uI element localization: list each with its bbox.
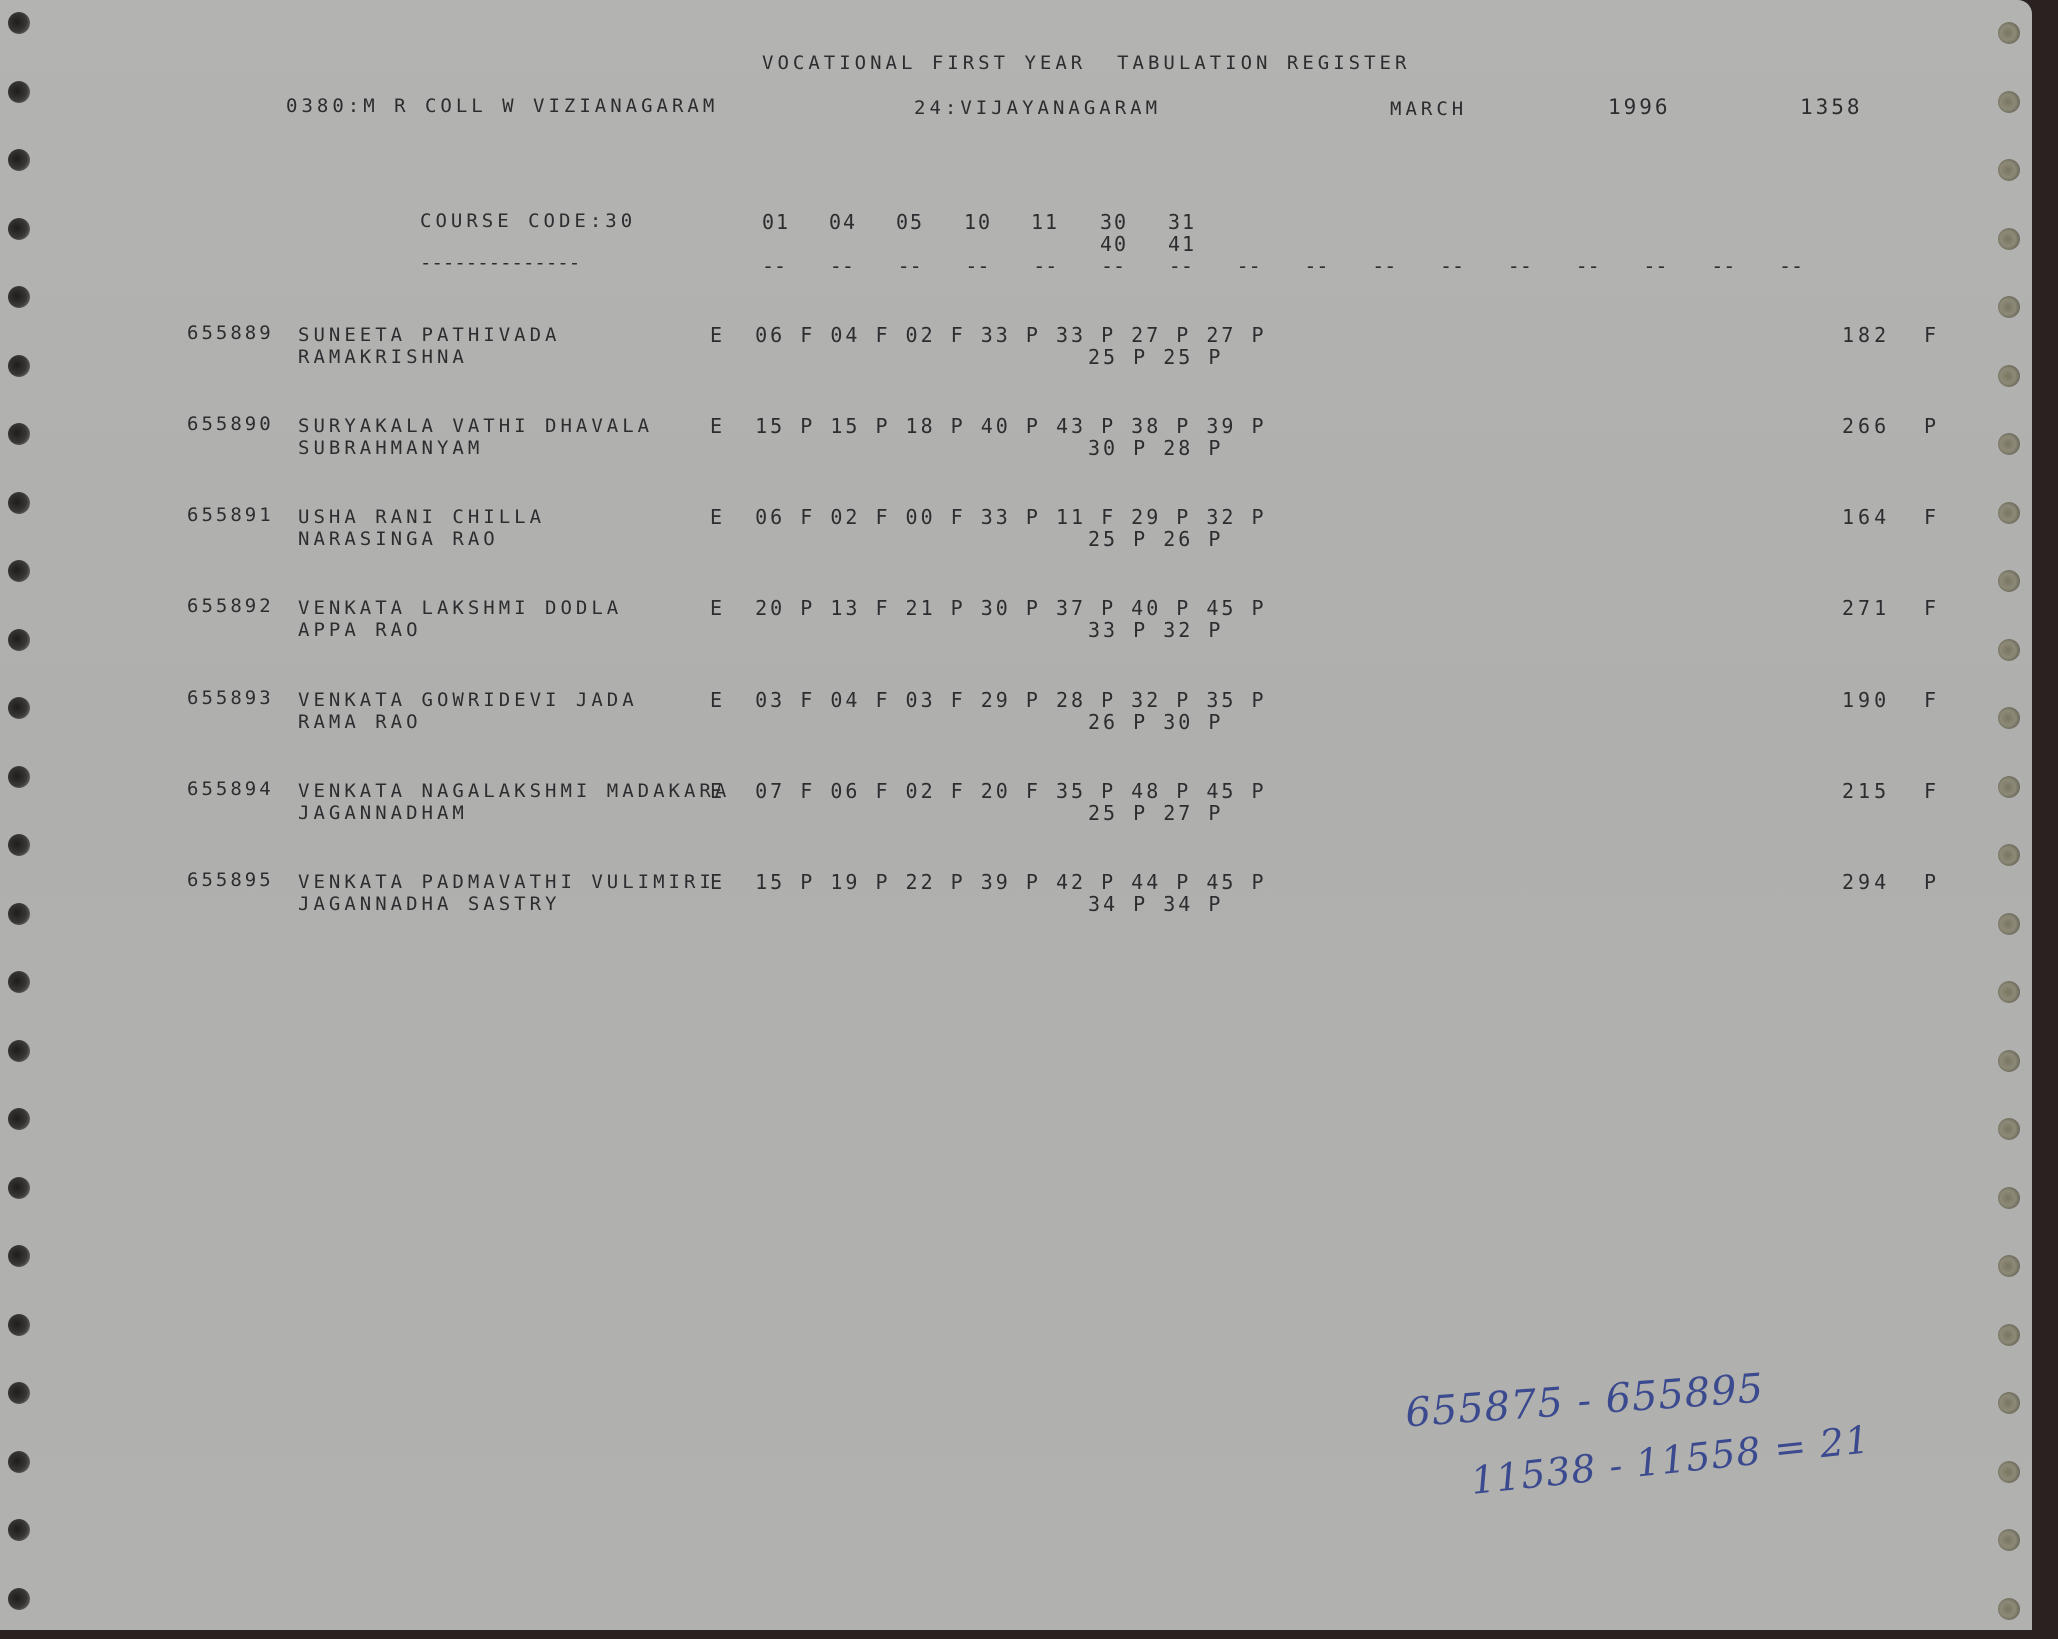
sprocket-hole-icon	[8, 1314, 30, 1336]
column-separator-dash: --	[762, 254, 786, 278]
student-record: 655890 SURYAKALA VATHI DHAVALA SUBRAHMAN…	[0, 413, 2032, 473]
marks-line-1: E 06 F 02 F 00 F 33 P 11 F 29 P 32 P	[710, 506, 1267, 528]
subject-marks: 07 F 06 F 02 F 20 F 35 P 48 P 45 P	[755, 779, 1266, 803]
page-number: 1358	[1800, 96, 1863, 118]
sprocket-hole-icon	[1998, 228, 2020, 250]
column-separator-dash: --	[1508, 254, 1532, 278]
sprocket-hole-icon	[8, 1519, 30, 1541]
medium: E	[710, 323, 725, 347]
total-marks: 266	[1842, 415, 1890, 437]
roll-number: 655894	[187, 778, 274, 800]
roll-number: 655891	[187, 504, 274, 526]
total-marks: 271	[1842, 597, 1890, 619]
total-marks: 164	[1842, 506, 1890, 528]
column-separator-dash: --	[1643, 254, 1667, 278]
sprocket-hole-icon	[1998, 1461, 2020, 1483]
sprocket-hole-icon	[1998, 159, 2020, 181]
roll-number: 655889	[187, 322, 274, 344]
student-name: VENKATA GOWRIDEVI JADA	[298, 689, 638, 711]
column-separator-dash: --	[1711, 254, 1735, 278]
result-status: F	[1924, 597, 1940, 619]
sprocket-hole-icon	[1998, 22, 2020, 44]
student-name: VENKATA PADMAVATHI VULIMIRI	[298, 871, 715, 893]
total-marks: 182	[1842, 324, 1890, 346]
sprocket-hole-icon	[1998, 1324, 2020, 1346]
parent-name: JAGANNADHA SASTRY	[298, 893, 560, 915]
student-record: 655894 VENKATA NAGALAKSHMI MADAKARA JAGA…	[0, 778, 2032, 838]
sprocket-hole-icon	[1998, 1187, 2020, 1209]
marks-line-1: E 06 F 04 F 02 F 33 P 33 P 27 P 27 P	[710, 324, 1267, 346]
parent-name: APPA RAO	[298, 619, 422, 641]
sprocket-hole-icon	[8, 149, 30, 171]
parent-name: RAMA RAO	[298, 711, 422, 733]
medium: E	[710, 688, 725, 712]
column-separator-dash: --	[965, 254, 989, 278]
sprocket-hole-icon	[1998, 1392, 2020, 1414]
subject-code-header: 10	[964, 210, 992, 234]
column-separator-dash: --	[1779, 254, 1803, 278]
marks-line-2: 25 P 26 P	[1088, 528, 1223, 550]
marks-line-1: E 15 P 19 P 22 P 39 P 42 P 44 P 45 P	[710, 871, 1267, 893]
sprocket-hole-icon	[8, 1177, 30, 1199]
roll-number: 655892	[187, 595, 274, 617]
sprocket-hole-icon	[8, 218, 30, 240]
exam-month: MARCH	[1390, 98, 1467, 120]
column-separator-dash: --	[1237, 254, 1261, 278]
medium: E	[710, 414, 725, 438]
sprocket-hole-icon	[8, 1040, 30, 1062]
student-name: USHA RANI CHILLA	[298, 506, 545, 528]
total-marks: 294	[1842, 871, 1890, 893]
register-title: VOCATIONAL FIRST YEAR TABULATION REGISTE…	[762, 52, 1410, 74]
parent-name: JAGANNADHAM	[298, 802, 468, 824]
medium: E	[710, 596, 725, 620]
exam-year: 1996	[1608, 96, 1671, 118]
sprocket-hole-icon	[8, 1451, 30, 1473]
student-record: 655891 USHA RANI CHILLA NARASINGA RAO E …	[0, 504, 2032, 564]
subject-code-header: 30	[1100, 210, 1128, 234]
student-name: SUNEETA PATHIVADA	[298, 324, 560, 346]
subject-code-header: 04	[829, 210, 857, 234]
subject-code-header: 31	[1168, 210, 1196, 234]
column-separator-dash: --	[1304, 254, 1328, 278]
student-name: VENKATA NAGALAKSHMI MADAKARA	[298, 780, 730, 802]
marks-line-2: 25 P 27 P	[1088, 802, 1223, 824]
sprocket-hole-icon	[8, 12, 30, 34]
sprocket-hole-icon	[1998, 981, 2020, 1003]
student-name: VENKATA LAKSHMI DODLA	[298, 597, 622, 619]
student-record: 655895 VENKATA PADMAVATHI VULIMIRI JAGAN…	[0, 869, 2032, 929]
course-code-underline: --------------	[420, 252, 580, 274]
subject-marks: 15 P 15 P 18 P 40 P 43 P 38 P 39 P	[755, 414, 1266, 438]
subject-marks: 06 F 02 F 00 F 33 P 11 F 29 P 32 P	[755, 505, 1266, 529]
subject-code-header-secondary: 40	[1100, 232, 1128, 256]
sprocket-hole-icon	[1998, 296, 2020, 318]
sprocket-hole-icon	[8, 1108, 30, 1130]
subject-marks: 06 F 04 F 02 F 33 P 33 P 27 P 27 P	[755, 323, 1266, 347]
parent-name: SUBRAHMANYAM	[298, 437, 483, 459]
sprocket-hole-icon	[1998, 844, 2020, 866]
sprocket-hole-icon	[1998, 1050, 2020, 1072]
college-name: 0380:M R COLL W VIZIANAGARAM	[286, 95, 718, 117]
result-status: P	[1924, 871, 1940, 893]
subject-code-header: 11	[1031, 210, 1059, 234]
marks-line-2: 30 P 28 P	[1088, 437, 1223, 459]
column-separator-dash: --	[898, 254, 922, 278]
course-code: COURSE CODE:30	[420, 210, 636, 232]
roll-number: 655895	[187, 869, 274, 891]
printout-page: VOCATIONAL FIRST YEAR TABULATION REGISTE…	[0, 0, 2032, 1630]
sprocket-hole-icon	[1998, 1118, 2020, 1140]
marks-line-1: E 15 P 15 P 18 P 40 P 43 P 38 P 39 P	[710, 415, 1267, 437]
column-separator-dash: --	[1101, 254, 1125, 278]
total-marks: 215	[1842, 780, 1890, 802]
student-name: SURYAKALA VATHI DHAVALA	[298, 415, 653, 437]
marks-line-2: 34 P 34 P	[1088, 893, 1223, 915]
handwritten-count-note: 11538 - 11558 = 21	[1469, 1417, 1873, 1503]
subject-code-header: 01	[762, 210, 790, 234]
medium: E	[710, 870, 725, 894]
sprocket-hole-icon	[8, 1245, 30, 1267]
sprocket-hole-icon	[8, 81, 30, 103]
subject-code-header-secondary: 41	[1168, 232, 1196, 256]
result-status: P	[1924, 415, 1940, 437]
result-status: F	[1924, 689, 1940, 711]
result-status: F	[1924, 780, 1940, 802]
handwritten-roll-range: 655875 - 655895	[1404, 1366, 1766, 1437]
sprocket-hole-icon	[8, 286, 30, 308]
medium: E	[710, 505, 725, 529]
student-record: 655893 VENKATA GOWRIDEVI JADA RAMA RAO E…	[0, 687, 2032, 747]
column-separator-dash: --	[1440, 254, 1464, 278]
district-name: 24:VIJAYANAGARAM	[914, 97, 1161, 119]
subject-marks: 20 P 13 F 21 P 30 P 37 P 40 P 45 P	[755, 596, 1266, 620]
total-marks: 190	[1842, 689, 1890, 711]
column-separator-dash: --	[1576, 254, 1600, 278]
column-separator-dash: --	[1372, 254, 1396, 278]
marks-line-2: 26 P 30 P	[1088, 711, 1223, 733]
roll-number: 655890	[187, 413, 274, 435]
subject-code-header: 05	[896, 210, 924, 234]
subject-marks: 03 F 04 F 03 F 29 P 28 P 32 P 35 P	[755, 688, 1266, 712]
parent-name: RAMAKRISHNA	[298, 346, 468, 368]
marks-line-1: E 07 F 06 F 02 F 20 F 35 P 48 P 45 P	[710, 780, 1267, 802]
marks-line-1: E 20 P 13 F 21 P 30 P 37 P 40 P 45 P	[710, 597, 1267, 619]
result-status: F	[1924, 506, 1940, 528]
student-record: 655892 VENKATA LAKSHMI DODLA APPA RAO E …	[0, 595, 2032, 655]
marks-line-2: 25 P 25 P	[1088, 346, 1223, 368]
medium: E	[710, 779, 725, 803]
marks-line-2: 33 P 32 P	[1088, 619, 1223, 641]
sprocket-hole-icon	[1998, 91, 2020, 113]
marks-line-1: E 03 F 04 F 03 F 29 P 28 P 32 P 35 P	[710, 689, 1267, 711]
subject-marks: 15 P 19 P 22 P 39 P 42 P 44 P 45 P	[755, 870, 1266, 894]
roll-number: 655893	[187, 687, 274, 709]
sprocket-hole-icon	[8, 1382, 30, 1404]
sprocket-hole-icon	[8, 971, 30, 993]
result-status: F	[1924, 324, 1940, 346]
student-record: 655889 SUNEETA PATHIVADA RAMAKRISHNA E 0…	[0, 322, 2032, 382]
sprocket-hole-icon	[1998, 1529, 2020, 1551]
column-separator-dash: --	[1033, 254, 1057, 278]
sprocket-hole-icon	[1998, 1598, 2020, 1620]
parent-name: NARASINGA RAO	[298, 528, 499, 550]
column-separator-dash: --	[1169, 254, 1193, 278]
sprocket-hole-icon	[1998, 570, 2020, 592]
sprocket-hole-icon	[8, 1588, 30, 1610]
sprocket-hole-icon	[1998, 1255, 2020, 1277]
column-separator-dash: --	[830, 254, 854, 278]
